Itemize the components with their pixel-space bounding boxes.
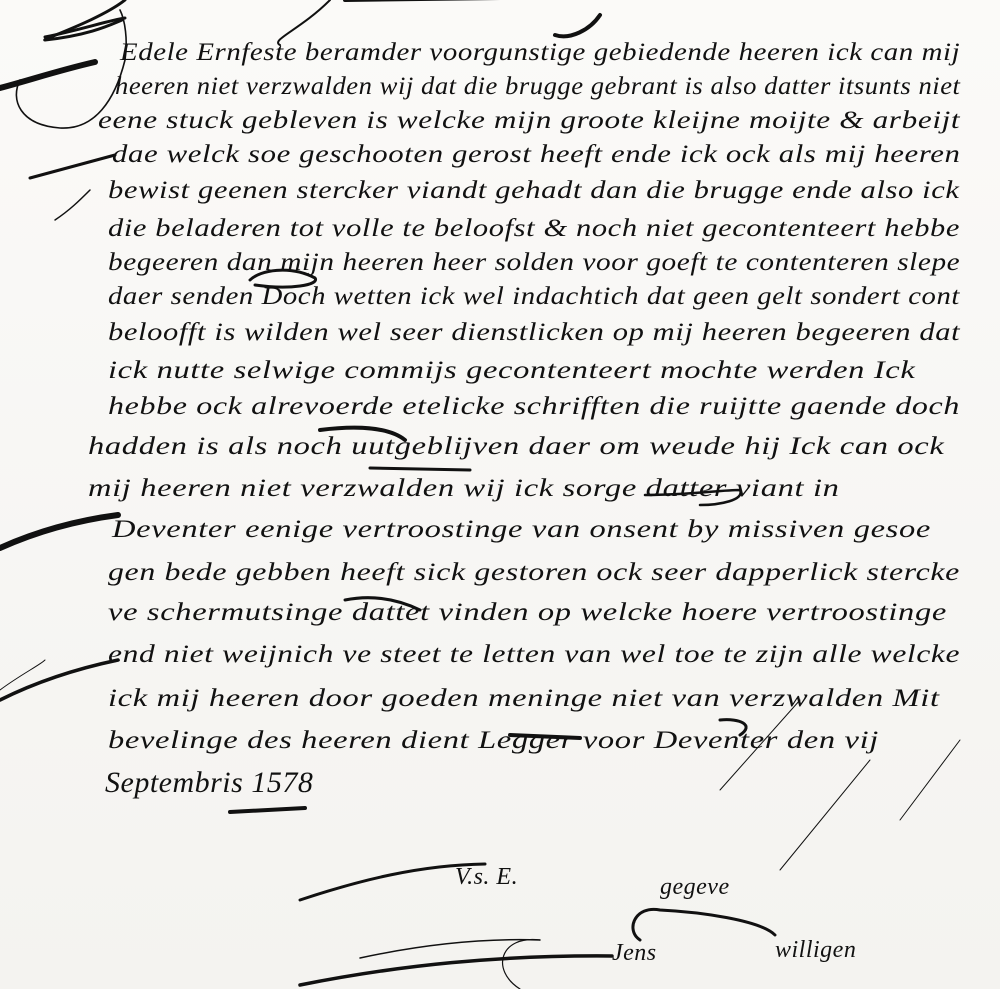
date-line: Septembris 1578 [105, 768, 313, 798]
text-line: ick nutte selwige commijs gecontenteert … [108, 356, 915, 386]
text-line: hebbe ock alrevoerde etelicke schrifften… [108, 392, 960, 422]
text-line: gen bede gebben heeft sick gestoren ock … [108, 558, 960, 588]
text-line: daer senden Doch wetten ick wel indachti… [108, 282, 960, 312]
text-line: bewist geenen stercker viandt gehadt dan… [108, 176, 960, 206]
text-line: ve schermutsinge dattet vinden op welcke… [108, 598, 947, 628]
text-line: bevelinge des heeren dient Legger voor D… [108, 726, 879, 756]
text-line: die beladeren tot volle te beloofst & no… [108, 214, 960, 244]
text-line: beloofft is wilden wel seer dienstlicken… [108, 318, 960, 348]
text-line: Deventer eenige vertroostinge van onsent… [112, 515, 931, 545]
text-line: Edele Ernfeste beramder voorgunstige geb… [120, 38, 960, 68]
text-line: ick mij heeren door goeden meninge niet … [108, 684, 940, 714]
closing-right: gegeve [660, 872, 730, 902]
text-line: begeeren dan mijn heeren heer solden voo… [108, 248, 960, 278]
text-line: hadden is als noch uutgeblijven daer om … [88, 432, 944, 462]
text-line: heeren niet verzwalden wij dat die brugg… [115, 72, 960, 102]
signature-name-left: Jens [612, 938, 657, 968]
text-line: end niet weijnich ve steet te letten van… [108, 640, 960, 670]
closing-left: V.s. E. [455, 862, 518, 892]
signature-name-right: willigen [775, 935, 856, 965]
manuscript-page: Edele Ernfeste beramder voorgunstige geb… [0, 0, 1000, 989]
text-line: dae welck soe geschooten gerost heeft en… [112, 140, 961, 170]
text-line: mij heeren niet verzwalden wij ick sorge… [88, 474, 840, 504]
text-line: eene stuck gebleven is welcke mijn groot… [98, 106, 960, 136]
